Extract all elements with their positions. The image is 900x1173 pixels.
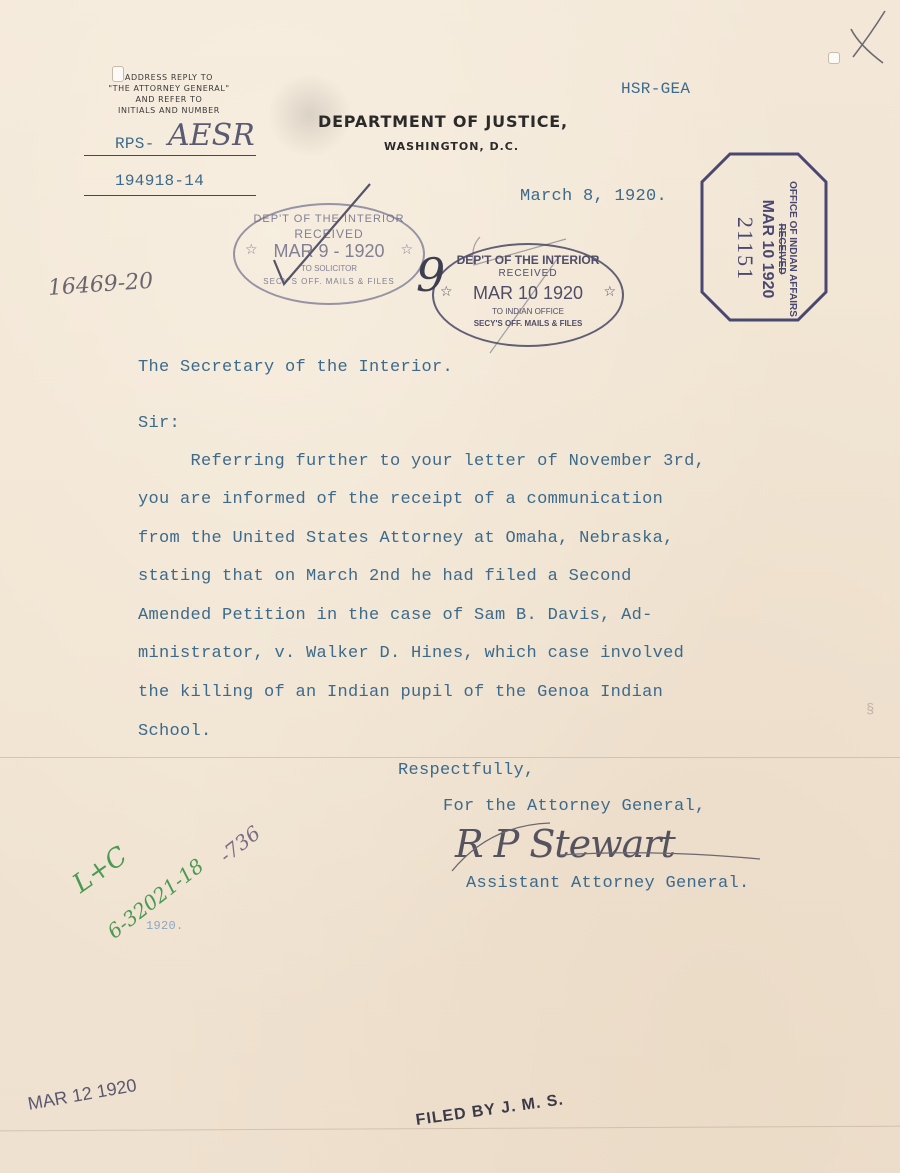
blue-fragment: 1920. bbox=[146, 919, 184, 933]
signer-title: Assistant Attorney General. bbox=[466, 874, 750, 893]
pencil-suffix: -736 bbox=[215, 821, 265, 868]
check-mark bbox=[270, 180, 380, 290]
reference-initials-handwritten: AESR bbox=[168, 118, 255, 153]
file-number: 194918-14 bbox=[115, 172, 204, 190]
document-page: ADDRESS REPLY TO "THE ATTORNEY GENERAL" … bbox=[0, 0, 900, 1173]
rule-line bbox=[84, 155, 256, 156]
pen-stroke bbox=[440, 235, 570, 355]
addressee: The Secretary of the Interior. bbox=[138, 358, 453, 377]
filed-by-stamp: FILED BY J. M. S. bbox=[415, 1091, 565, 1130]
body-line: stating that on March 2nd he had filed a… bbox=[138, 567, 632, 586]
star-icon: ☆ bbox=[400, 241, 413, 258]
handwritten-file-reference: 16469-20 bbox=[47, 269, 154, 301]
body-line: the killing of an Indian pupil of the Ge… bbox=[138, 683, 663, 702]
corner-x-mark bbox=[845, 5, 895, 65]
faint-mark: § bbox=[866, 702, 878, 718]
body-line: ministrator, v. Walker D. Hines, which c… bbox=[138, 644, 684, 663]
received-date-stamp: MAR 12 1920 bbox=[26, 1075, 138, 1115]
body-line: you are informed of the receipt of a com… bbox=[138, 490, 663, 509]
star-icon: ☆ bbox=[603, 283, 616, 300]
punch-hole bbox=[828, 52, 840, 64]
body-line: Referring further to your letter of Nove… bbox=[138, 452, 705, 471]
body-line: Amended Petition in the case of Sam B. D… bbox=[138, 606, 653, 625]
body-line: from the United States Attorney at Omaha… bbox=[138, 529, 674, 548]
indian-affairs-received-stamp: OFFICE OF INDIAN AFFAIRS RECEIVED MAR 10… bbox=[700, 152, 828, 322]
green-note-lc: L+C bbox=[67, 841, 132, 899]
department-name: DEPARTMENT OF JUSTICE, bbox=[318, 112, 568, 131]
closing: Respectfully, bbox=[398, 761, 535, 780]
fold-line bbox=[0, 1126, 900, 1132]
signature-flourish bbox=[450, 815, 770, 875]
for-attorney-general: For the Attorney General, bbox=[443, 797, 706, 816]
department-location: WASHINGTON, D.C. bbox=[384, 140, 519, 153]
star-icon: ☆ bbox=[245, 241, 258, 258]
reference-code: HSR-GEA bbox=[621, 80, 690, 98]
salutation: Sir: bbox=[138, 414, 180, 433]
reply-instructions: ADDRESS REPLY TO "THE ATTORNEY GENERAL" … bbox=[94, 72, 244, 116]
rule-line bbox=[84, 195, 256, 196]
reference-prefix: RPS- bbox=[115, 135, 155, 153]
body-line: School. bbox=[138, 722, 212, 741]
fold-line bbox=[0, 757, 900, 758]
letter-date: March 8, 1920. bbox=[520, 187, 667, 206]
